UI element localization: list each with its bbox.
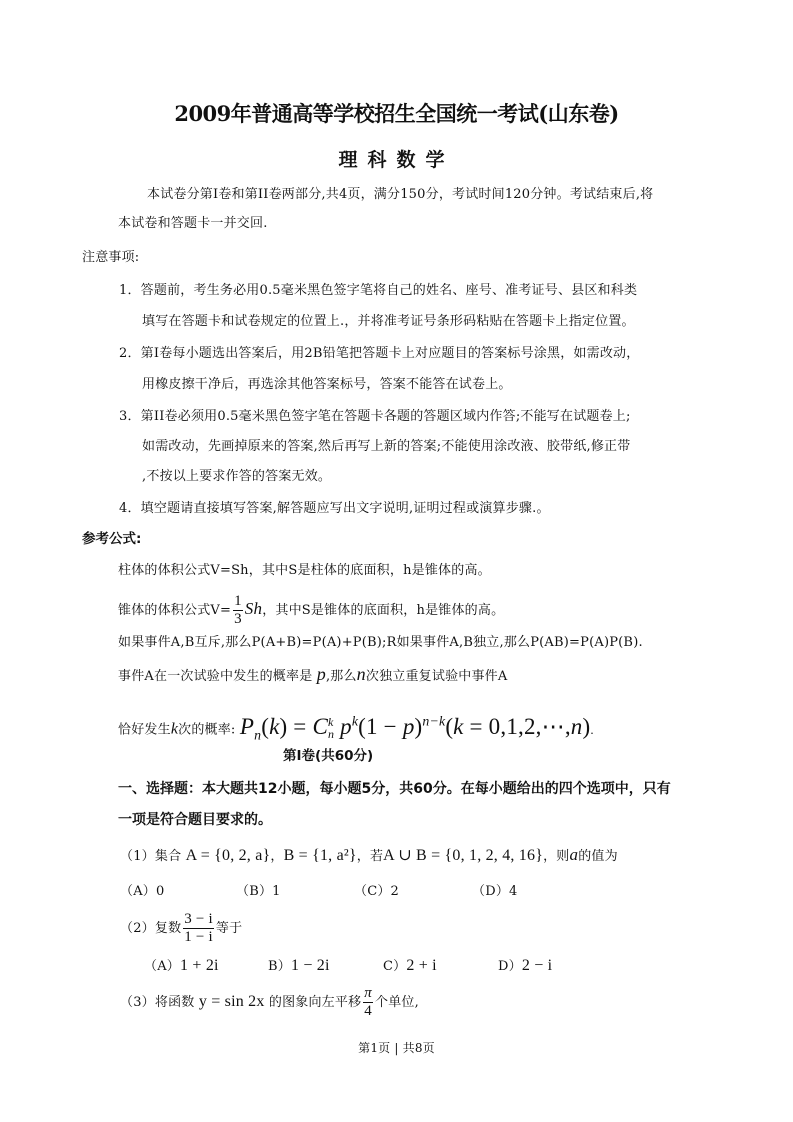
- question-1-option-a[interactable]: （A）0: [120, 883, 164, 900]
- question-number: （3）: [120, 995, 155, 1010]
- section-1-instructions-line-2: 一项是符合题目要求的。: [118, 812, 272, 829]
- notes-heading: 注意事项:: [82, 249, 139, 266]
- note-number: 4．: [119, 501, 141, 516]
- formula-cone: 锥体的体积公式V=13Sh，其中S是锥体的底面积，h是锥体的高。: [118, 590, 504, 630]
- question-1-option-c[interactable]: （C）2: [354, 883, 399, 900]
- formulas-heading: 参考公式:: [82, 531, 141, 548]
- formula-prism: 柱体的体积公式V=Sh，其中S是柱体的底面积，h是锥体的高。: [118, 562, 491, 579]
- formula-bernoulli-line-1: 事件A在一次试验中发生的概率是 p,那么n次独立重复试验中事件A: [118, 666, 507, 685]
- note-1-line-1: 1．答题前，考生务必用0.5毫米黑色签字笔将自己的姓名、座号、准考证号、县区和科…: [119, 282, 637, 299]
- note-3-line-2: 如需改动，先画掉原来的答案,然后再写上新的答案;不能使用涂改液、胶带纸,修正带: [142, 438, 630, 455]
- note-number: 1．: [119, 283, 141, 298]
- note-text: 第I卷每小题选出答案后，用2B铅笔把答题卡上对应题目的答案标号涂黑，如需改动，: [141, 346, 640, 361]
- note-3-line-1: 3．第II卷必须用0.5毫米黑色签字笔在答题卡各题的答题区域内作答;不能写在试题…: [119, 408, 631, 425]
- note-number: 3．: [119, 409, 141, 424]
- question-number: （2）: [120, 921, 155, 936]
- question-3: （3）将函数 y = sin 2x 的图象向左平移π4个单位,: [120, 980, 419, 1025]
- note-text: 答题前，考生务必用0.5毫米黑色签字笔将自己的姓名、座号、准考证号、县区和科类: [141, 283, 637, 298]
- note-number: 2．: [119, 346, 141, 361]
- page-footer: 第1页 | 共8页: [0, 1040, 793, 1057]
- binomial-probability-formula: Pn(k) = Ckn pk(1 − p)n−k(k = 0,1,2,⋯,n).: [240, 714, 594, 739]
- note-text: 第II卷必须用0.5毫米黑色签字笔在答题卡各题的答题区域内作答;不能写在试题卷上…: [141, 409, 631, 424]
- question-2-option-b[interactable]: B）1 − 2i: [268, 957, 330, 975]
- pi-over-four-fraction: π4: [363, 986, 373, 1019]
- formula-events: 如果事件A,B互斥,那么P(A+B)=P(A)+P(B);R如果事件A,B独立,…: [118, 634, 643, 651]
- question-2-option-c[interactable]: C）2 + i: [383, 957, 437, 975]
- set-union: A ∪ B = {0, 1, 2, 4, 16}: [383, 847, 543, 864]
- question-2-option-a[interactable]: （A）1 + 2i: [144, 957, 219, 975]
- section-1-heading: 第I卷(共60分): [283, 748, 373, 765]
- note-3-line-3: ,不按以上要求作答的答案无效。: [142, 468, 331, 485]
- set-b: B = {1, a²}: [284, 847, 357, 864]
- complex-fraction: 3 − i1 − i: [183, 912, 214, 945]
- intro-line-2: 本试卷和答题卡一并交回.: [118, 215, 268, 232]
- exam-subtitle: 理科数学: [0, 148, 793, 172]
- fraction-one-third: 13: [233, 594, 243, 627]
- note-2-line-1: 2．第I卷每小题选出答案后，用2B铅笔把答题卡上对应题目的答案标号涂黑，如需改动…: [119, 345, 639, 362]
- function-expression: y = sin 2x: [199, 993, 265, 1010]
- section-1-instructions-line-1: 一、选择题：本大题共12小题，每小题5分，共60分。在每小题给出的四个选项中，只…: [118, 781, 671, 798]
- exam-title: 2009年普通高等学校招生全国统一考试(山东卷): [0, 101, 793, 127]
- note-2-line-2: 用橡皮擦干净后，再选涂其他答案标号，答案不能答在试卷上。: [142, 376, 512, 393]
- note-text: 填空题请直接填写答案,解答题应写出文字说明,证明过程或演算步骤.。: [141, 501, 550, 516]
- note-4-line-1: 4．填空题请直接填写答案,解答题应写出文字说明,证明过程或演算步骤.。: [119, 500, 550, 517]
- formula-bernoulli-line-2: 恰好发生k次的概率: Pn(k) = Ckn pk(1 − p)n−k(k = …: [118, 706, 594, 750]
- question-1: （1）集合 A = {0, 2, a}，B = {1, a²}，若A ∪ B =…: [120, 843, 618, 869]
- question-number: （1）: [120, 849, 155, 864]
- question-2: （2）复数3 − i1 − i等于: [120, 909, 242, 949]
- question-1-option-d[interactable]: （D）4: [472, 883, 518, 900]
- intro-line-1: 本试卷分第I卷和第II卷两部分,共4页，满分150分，考试时间120分钟。考试结…: [147, 186, 653, 203]
- question-2-option-d[interactable]: D）2 − i: [498, 957, 552, 975]
- note-1-line-2: 填写在答题卡和试卷规定的位置上.，并将准考证号条形码粘贴在答题卡上指定位置。: [142, 313, 635, 330]
- set-a: A = {0, 2, a}: [186, 847, 271, 864]
- question-1-option-b[interactable]: （B）1: [236, 883, 281, 900]
